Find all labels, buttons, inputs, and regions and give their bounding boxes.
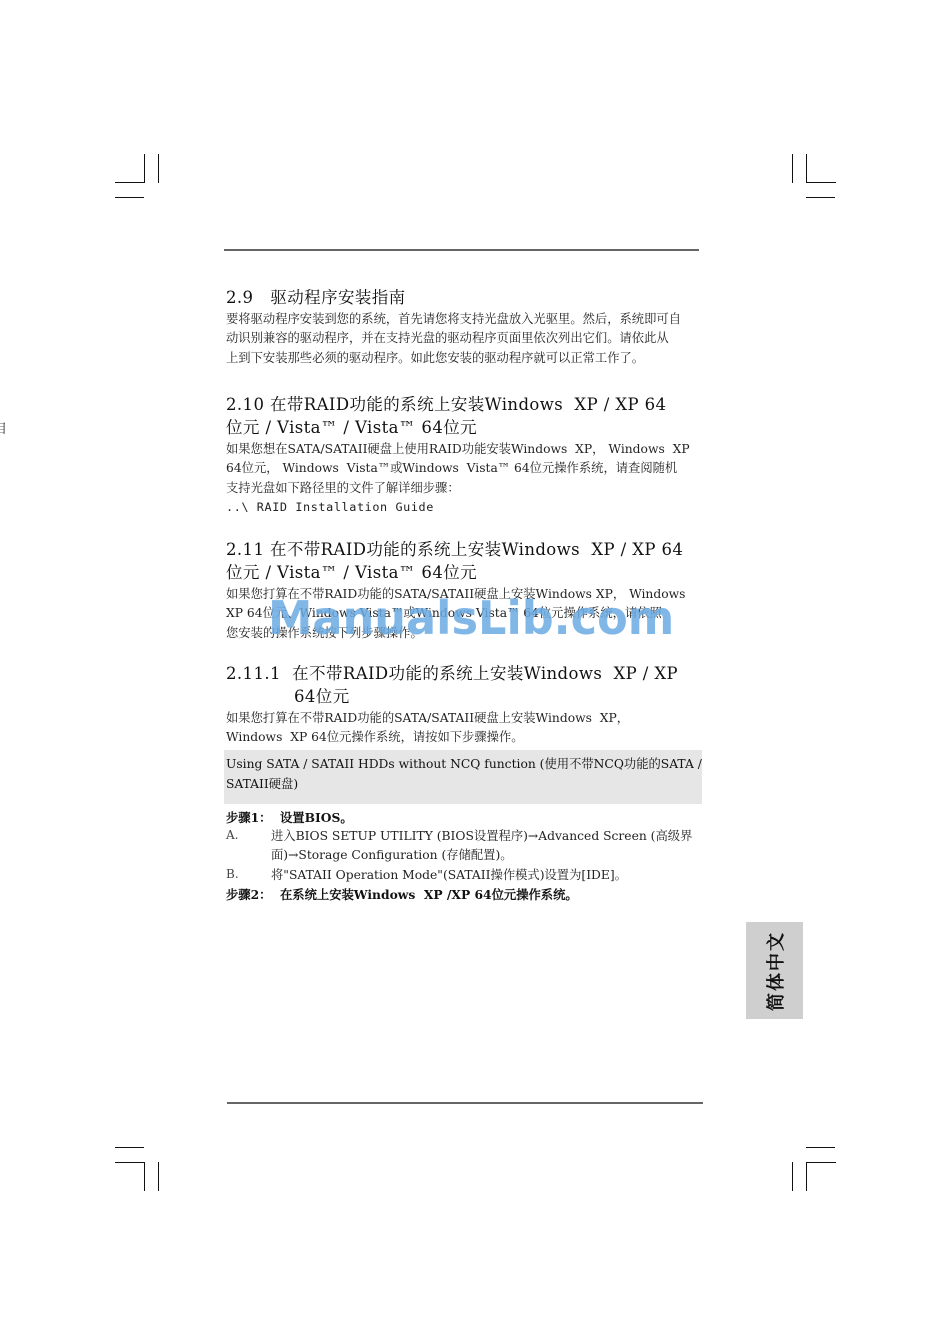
crop-mark	[115, 1162, 145, 1163]
header-rule	[224, 249, 699, 251]
section-2-10: 2.10 在带RAID功能的系统上安装Windows XP / XP 64 位元…	[226, 393, 702, 518]
body-line: 动识别兼容的驱动程序，并在支持光盘的驱动程序页面里依次列出它们。请依此从	[226, 329, 702, 348]
body-line: 要将驱动程序安装到您的系统，首先请您将支持光盘放入光驱里。然后，系统即可自	[226, 310, 702, 329]
body-line: 如果您想在SATA/SATAII硬盘上使用RAID功能安装Windows XP，…	[226, 440, 702, 459]
crop-mark	[144, 154, 145, 183]
footer-rule	[227, 1102, 703, 1104]
crop-mark	[115, 197, 144, 198]
crop-mark	[806, 182, 836, 183]
watermark: ManualsLib.com	[268, 591, 674, 645]
step-2: 步骤2： 在系统上安装Windows XP /XP 64位元操作系统。	[226, 885, 578, 904]
crop-mark	[792, 1162, 793, 1191]
crop-mark	[806, 1162, 836, 1163]
crop-mark	[792, 154, 793, 183]
crop-mark	[806, 1162, 807, 1191]
cut-off-glyph: 目	[0, 418, 7, 437]
section-heading: 2.11.1 在不带RAID功能的系统上安装Windows XP / XP	[226, 662, 702, 685]
section-2-9: 2.9 驱动程序安装指南 要将驱动程序安装到您的系统，首先请您将支持光盘放入光驱…	[226, 286, 702, 368]
section-heading-continued: 位元 / Vista™ / Vista™ 64位元	[226, 416, 702, 439]
note-text: Using SATA / SATAII HDDs without NCQ fun…	[226, 754, 702, 794]
body-line: Windows XP 64位元操作系统，请按如下步骤操作。	[226, 728, 702, 747]
crop-mark	[158, 1162, 159, 1191]
step-1: 步骤1： 设置BIOS。	[226, 808, 353, 827]
section-heading: 2.11 在不带RAID功能的系统上安装Windows XP / XP 64	[226, 538, 702, 561]
section-2-11-1: 2.11.1 在不带RAID功能的系统上安装Windows XP / XP 64…	[226, 662, 702, 748]
crop-mark	[806, 1147, 835, 1148]
item-a-label: A.	[226, 828, 238, 842]
crop-mark	[158, 154, 159, 183]
side-tab-label: 简体中文	[762, 931, 788, 1011]
body-line: 如果您打算在不带RAID功能的SATA/SATAII硬盘上安装Windows X…	[226, 709, 702, 728]
item-b-text: 将"SATAII Operation Mode"(SATAII操作模式)设置为[…	[271, 866, 703, 885]
language-side-tab: 简体中文	[746, 922, 803, 1019]
section-heading-continued: 位元 / Vista™ / Vista™ 64位元	[226, 561, 702, 584]
crop-mark	[115, 182, 145, 183]
item-b-label: B.	[226, 867, 239, 881]
crop-mark	[806, 154, 807, 183]
crop-mark	[144, 1162, 145, 1191]
item-a-text: 进入BIOS SETUP UTILITY (BIOS设置程序)→Advanced…	[271, 827, 703, 866]
section-heading: 2.10 在带RAID功能的系统上安装Windows XP / XP 64	[226, 393, 702, 416]
crop-mark	[115, 1147, 144, 1148]
section-heading-continued: 64位元	[226, 685, 702, 708]
file-path: ..\ RAID Installation Guide	[226, 498, 702, 517]
body-line: 64位元， Windows Vista™或Windows Vista™ 64位元…	[226, 459, 702, 478]
section-heading: 2.9 驱动程序安装指南	[226, 286, 702, 309]
crop-mark	[806, 197, 835, 198]
body-line: 上到下安装那些必须的驱动程序。如此您安装的驱动程序就可以正常工作了。	[226, 349, 702, 368]
body-line: 支持光盘如下路径里的文件了解详细步骤：	[226, 479, 702, 498]
